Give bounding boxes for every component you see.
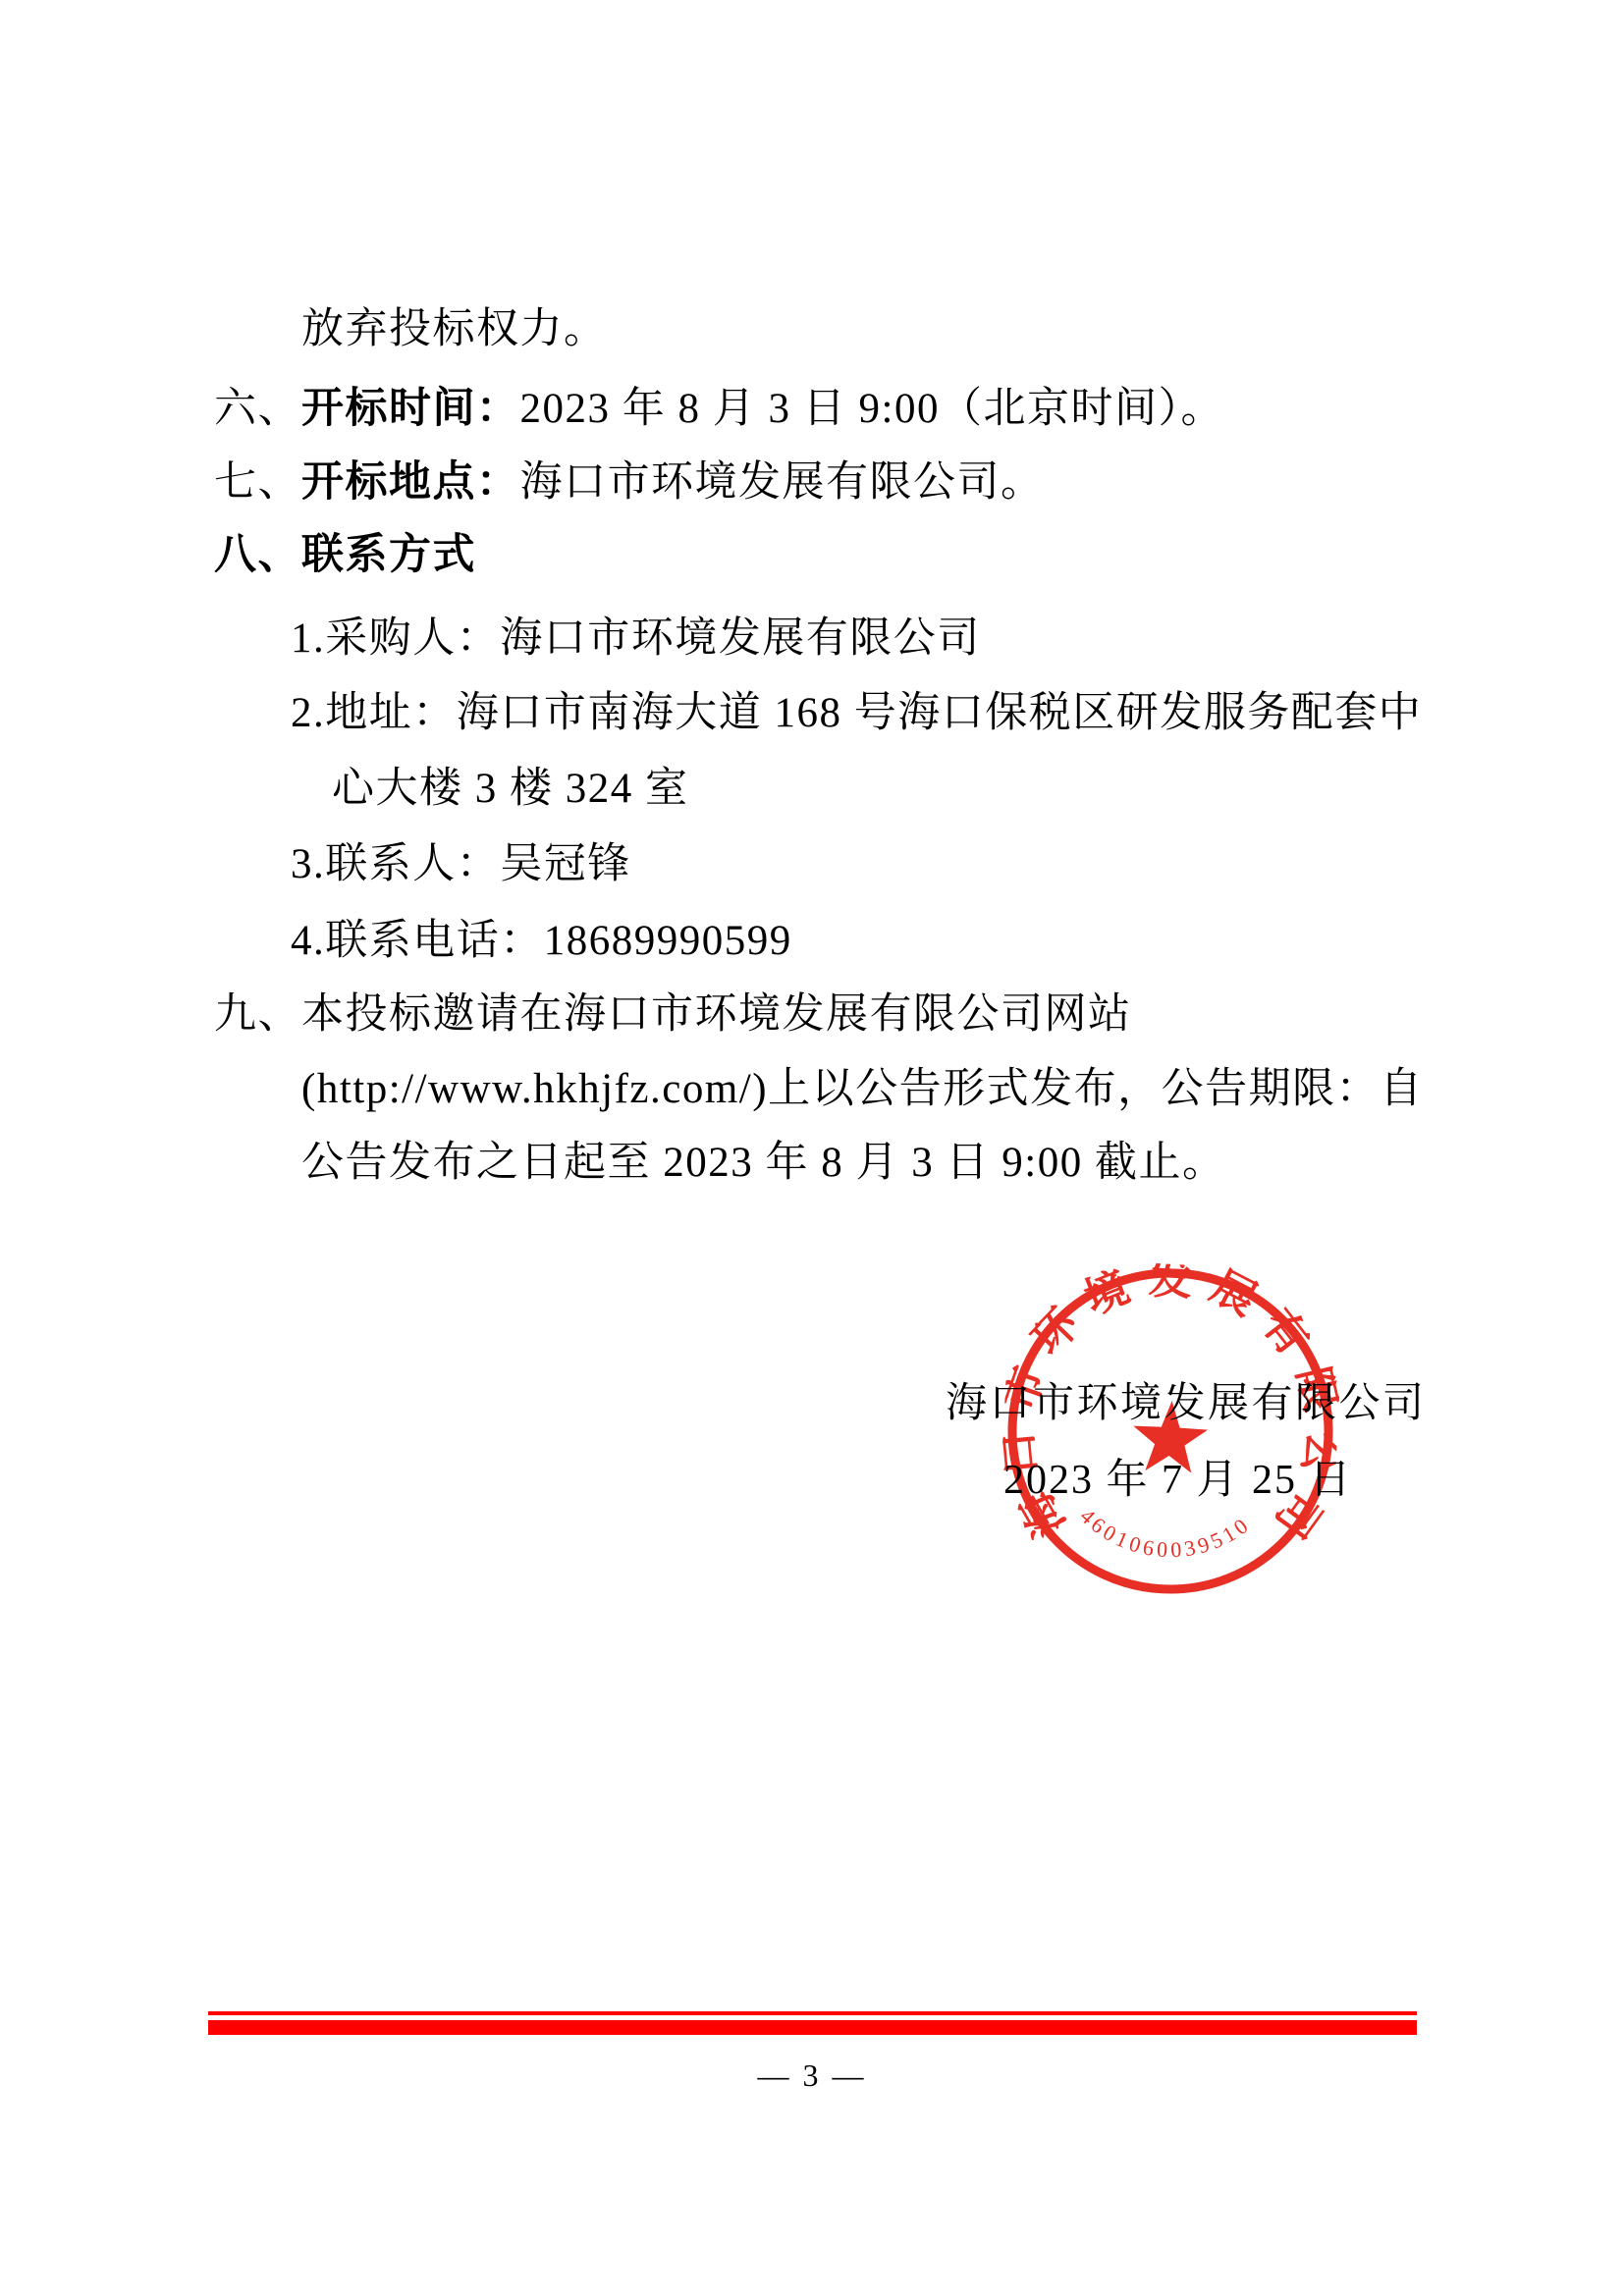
section-7-number: 七、 xyxy=(214,459,301,506)
section-9-text: (http://www.hkhjfz.com/)上以公告形式发布，公告期限：自 xyxy=(301,1066,1424,1112)
section-9-announcement-line2: (http://www.hkhjfz.com/)上以公告形式发布，公告期限：自 xyxy=(301,1066,1424,1113)
section-8-contact-heading: 八、联系方式 xyxy=(214,532,476,579)
footer-rule-thin xyxy=(208,2011,1417,2015)
page-number: — 3 — xyxy=(0,2057,1624,2094)
section-9-announcement-line1: 九、本投标邀请在海口市环境发展有限公司网站 xyxy=(214,991,1132,1039)
paragraph-text: 放弃投标权力。 xyxy=(301,306,608,352)
contact-item-text: 4.联系电话：18689990599 xyxy=(291,918,792,964)
section-9-announcement-line3: 公告发布之日起至 2023 年 8 月 3 日 9:00 截止。 xyxy=(301,1140,1225,1187)
section-9-text: 本投标邀请在海口市环境发展有限公司网站 xyxy=(301,991,1132,1038)
footer-rule-thick xyxy=(208,2020,1417,2035)
document-page: 放弃投标权力。 六、开标时间：2023 年 8 月 3 日 9:00（北京时间）… xyxy=(0,0,1624,2296)
section-8-number: 八、 xyxy=(214,532,301,578)
section-6-text: 2023 年 8 月 3 日 9:00（北京时间）。 xyxy=(520,386,1224,432)
section-9-text: 公告发布之日起至 2023 年 8 月 3 日 9:00 截止。 xyxy=(301,1140,1225,1186)
star-icon xyxy=(1131,1399,1210,1473)
contact-item-text: 心大楼 3 楼 324 室 xyxy=(332,766,689,812)
contact-item-person: 3.联系人：吴冠锋 xyxy=(291,841,631,888)
svg-text:4601060039510: 4601060039510 xyxy=(1073,1503,1256,1567)
seal-serial-arc-text: 4601060039510 xyxy=(1073,1503,1256,1567)
section-7-text: 海口市环境发展有限公司。 xyxy=(520,459,1045,506)
contact-item-text: 2.地址：海口市南海大道 168 号海口保税区研发服务配套中 xyxy=(291,690,1422,736)
paragraph-waive-rights: 放弃投标权力。 xyxy=(301,306,608,353)
section-7-opening-place: 七、开标地点：海口市环境发展有限公司。 xyxy=(214,459,1045,507)
section-9-number: 九、 xyxy=(214,991,301,1038)
section-6-number: 六、 xyxy=(214,386,301,432)
section-6-label: 开标时间： xyxy=(301,386,520,432)
contact-item-text: 3.联系人：吴冠锋 xyxy=(291,841,631,887)
contact-item-text: 1.采购人：海口市环境发展有限公司 xyxy=(291,615,981,662)
contact-item-phone: 4.联系电话：18689990599 xyxy=(291,918,792,965)
section-8-label: 联系方式 xyxy=(301,532,476,578)
contact-item-buyer: 1.采购人：海口市环境发展有限公司 xyxy=(291,615,981,663)
contact-item-address-line1: 2.地址：海口市南海大道 168 号海口保税区研发服务配套中 xyxy=(291,690,1422,737)
section-6-opening-time: 六、开标时间：2023 年 8 月 3 日 9:00（北京时间）。 xyxy=(214,386,1224,433)
company-seal-stamp: 海口市环境发展有限公司 4601060039510 xyxy=(995,1255,1345,1606)
page-number-text: — 3 — xyxy=(758,2057,867,2093)
section-7-label: 开标地点： xyxy=(301,459,520,506)
contact-item-address-line2: 心大楼 3 楼 324 室 xyxy=(332,766,689,813)
